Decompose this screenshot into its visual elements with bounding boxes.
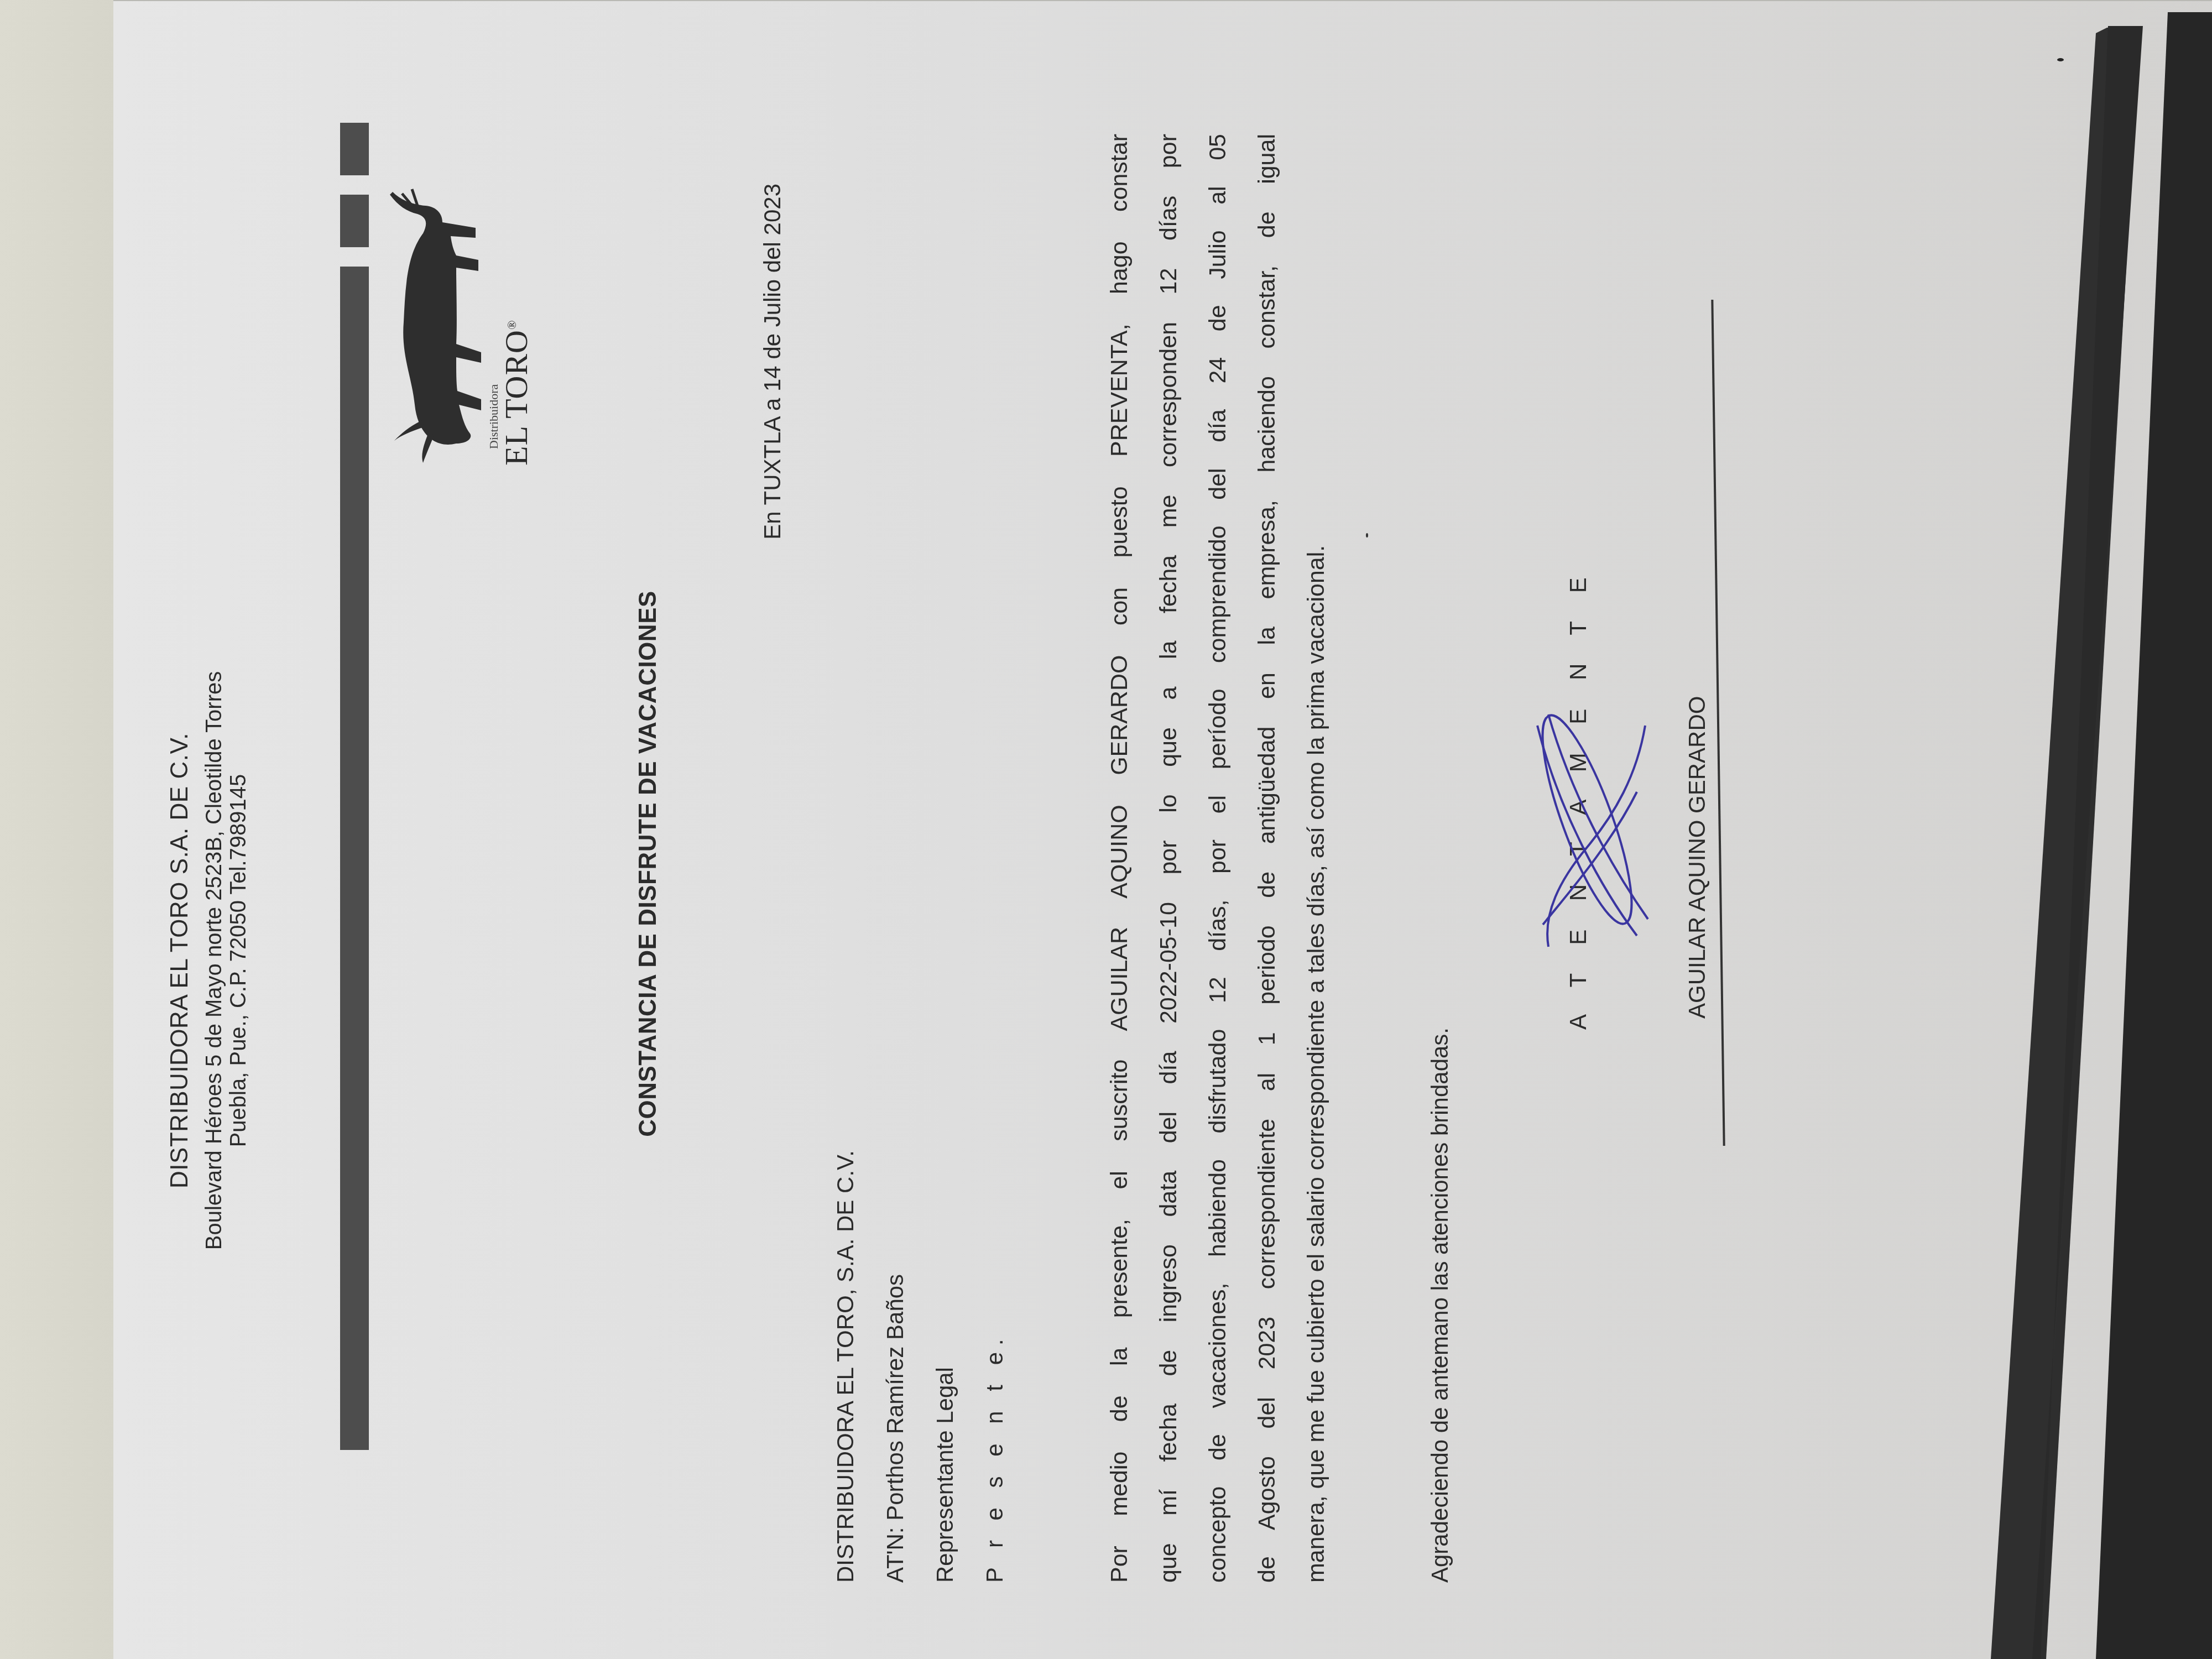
binder-overlay	[0, 0, 2212, 1659]
paper-speck	[2057, 58, 2064, 61]
